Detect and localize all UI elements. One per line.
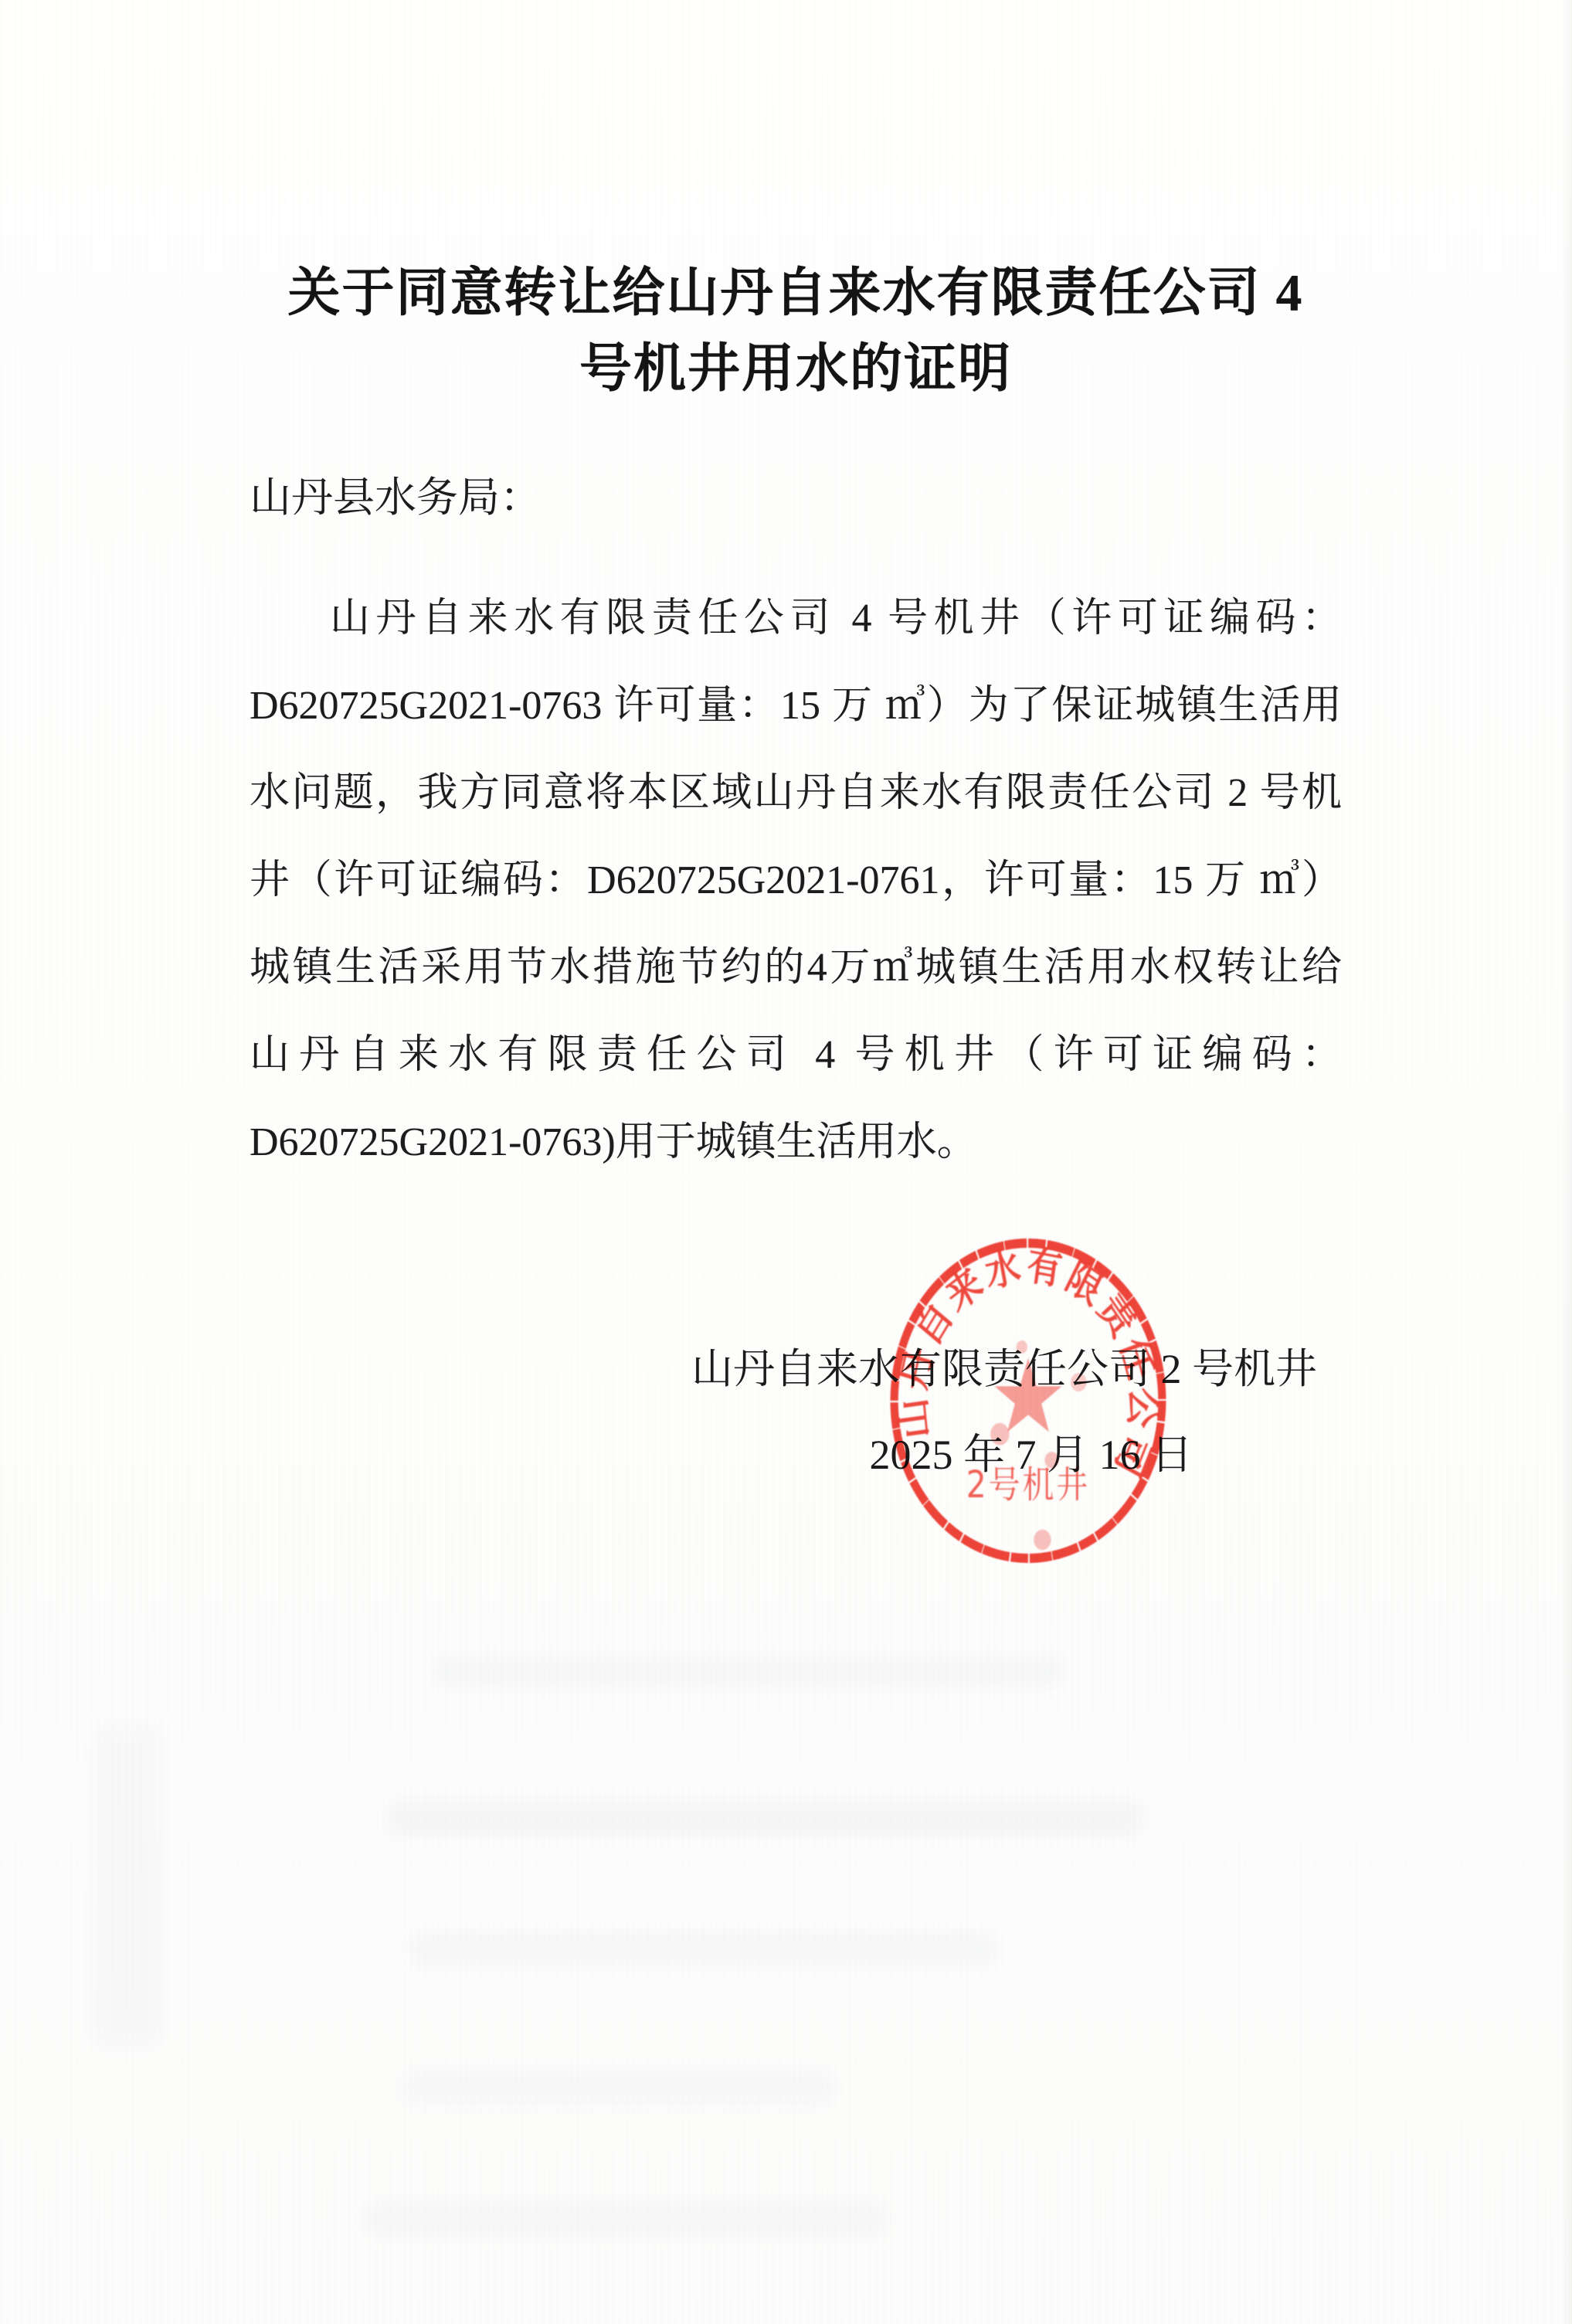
scan-smudge <box>409 1932 997 1967</box>
date-line: 2025 年 7 月 16 日 <box>250 1432 1342 1478</box>
title-line-1: 关于同意转让给山丹自来水有限责任公司 4 <box>250 255 1342 331</box>
body-paragraph: 山丹自来水有限责任公司 4 号机井（许可证编码： D620725G2021-07… <box>250 575 1342 1186</box>
scan-edge-shadow <box>1561 0 1572 2324</box>
scanned-document-page: 关于同意转让给山丹自来水有限责任公司 4 号机井用水的证明 山丹县水务局： 山丹… <box>0 0 1572 2324</box>
body-line: 山丹自来水有限责任公司 4 号机井（许可证编码： <box>250 1011 1342 1099</box>
body-line: 山丹自来水有限责任公司 4 号机井（许可证编码： <box>250 575 1342 662</box>
body-line: 水问题，我方同意将本区域山丹自来水有限责任公司 2 号机 <box>250 749 1342 837</box>
document-content: 关于同意转让给山丹自来水有限责任公司 4 号机井用水的证明 山丹县水务局： 山丹… <box>250 0 1342 1478</box>
signature-line: 山丹自来水有限责任公司 2 号机井 <box>250 1346 1342 1392</box>
scan-smudge <box>402 2071 834 2105</box>
title-line-2: 号机井用水的证明 <box>250 331 1342 406</box>
scan-smudge <box>386 1800 1143 1837</box>
body-line: 井（许可证编码：D620725G2021-0761，许可量：15 万 ㎥） <box>250 837 1342 924</box>
scan-smudge <box>93 1723 162 2047</box>
body-line: D620725G2021-0763 许可量：15 万 ㎥）为了保证城镇生活用 <box>250 662 1342 749</box>
scan-smudge <box>363 2202 888 2236</box>
body-line: 城镇生活采用节水措施节约的4万㎥城镇生活用水权转让给 <box>250 924 1342 1011</box>
scan-smudge <box>433 1653 1066 1687</box>
body-line: D620725G2021-0763)用于城镇生活用水。 <box>250 1099 1342 1186</box>
document-title: 关于同意转让给山丹自来水有限责任公司 4 号机井用水的证明 <box>250 255 1342 406</box>
salutation: 山丹县水务局： <box>250 474 1342 521</box>
